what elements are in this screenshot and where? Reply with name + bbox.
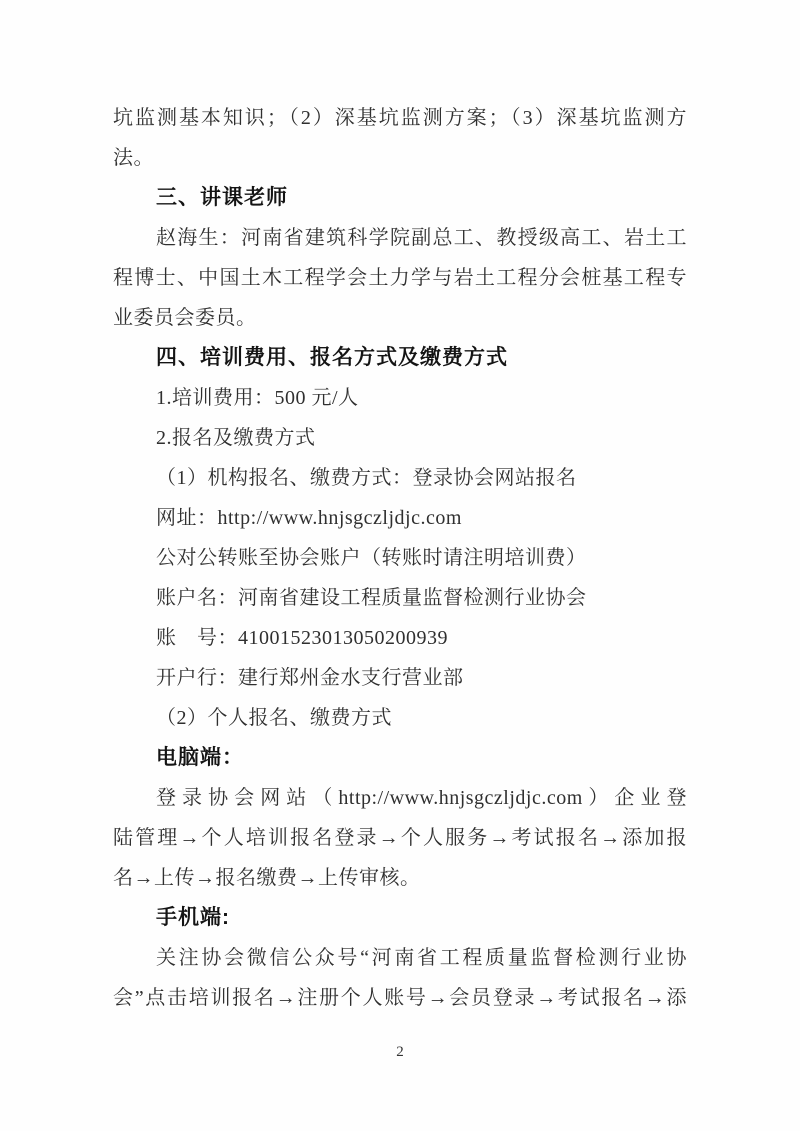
- text-line: 坑监测基本知识；（2）深基坑监测方案；（3）深基坑监测方: [113, 98, 687, 138]
- page-number: 2: [0, 1042, 800, 1062]
- document-body: 坑监测基本知识；（2）深基坑监测方案；（3）深基坑监测方法。三、讲课老师赵海生：…: [113, 98, 687, 1018]
- text-line: 会”点击培训报名→注册个人账号→会员登录→考试报名→添: [113, 978, 687, 1018]
- text-line: 法。: [113, 138, 687, 178]
- text-line: 账 号：41001523013050200939: [113, 618, 687, 658]
- text-line: 陆管理→个人培训报名登录→个人服务→考试报名→添加报: [113, 818, 687, 858]
- text-line: 名→上传→报名缴费→上传审核。: [113, 858, 687, 898]
- heading-line: 电脑端：: [113, 738, 687, 778]
- text-line: 账户名：河南省建设工程质量监督检测行业协会: [113, 578, 687, 618]
- heading-line: 三、讲课老师: [113, 178, 687, 218]
- text-line: 1.培训费用：500 元/人: [113, 378, 687, 418]
- text-line: 登录协会网站（http://www.hnjsgczljdjc.com）企业登: [113, 778, 687, 818]
- document-page: 坑监测基本知识；（2）深基坑监测方案；（3）深基坑监测方法。三、讲课老师赵海生：…: [0, 0, 800, 1131]
- text-line: 网址：http://www.hnjsgczljdjc.com: [113, 498, 687, 538]
- text-line: （2）个人报名、缴费方式: [113, 698, 687, 738]
- heading-line: 手机端:: [113, 898, 687, 938]
- text-line: 业委员会委员。: [113, 298, 687, 338]
- text-line: 程博士、中国土木工程学会土力学与岩土工程分会桩基工程专: [113, 258, 687, 298]
- text-line: 开户行：建行郑州金水支行营业部: [113, 658, 687, 698]
- heading-line: 四、培训费用、报名方式及缴费方式: [113, 338, 687, 378]
- text-line: 赵海生：河南省建筑科学院副总工、教授级高工、岩土工: [113, 218, 687, 258]
- text-line: （1）机构报名、缴费方式：登录协会网站报名: [113, 458, 687, 498]
- text-line: 关注协会微信公众号“河南省工程质量监督检测行业协: [113, 938, 687, 978]
- text-line: 公对公转账至协会账户（转账时请注明培训费）: [113, 538, 687, 578]
- text-line: 2.报名及缴费方式: [113, 418, 687, 458]
